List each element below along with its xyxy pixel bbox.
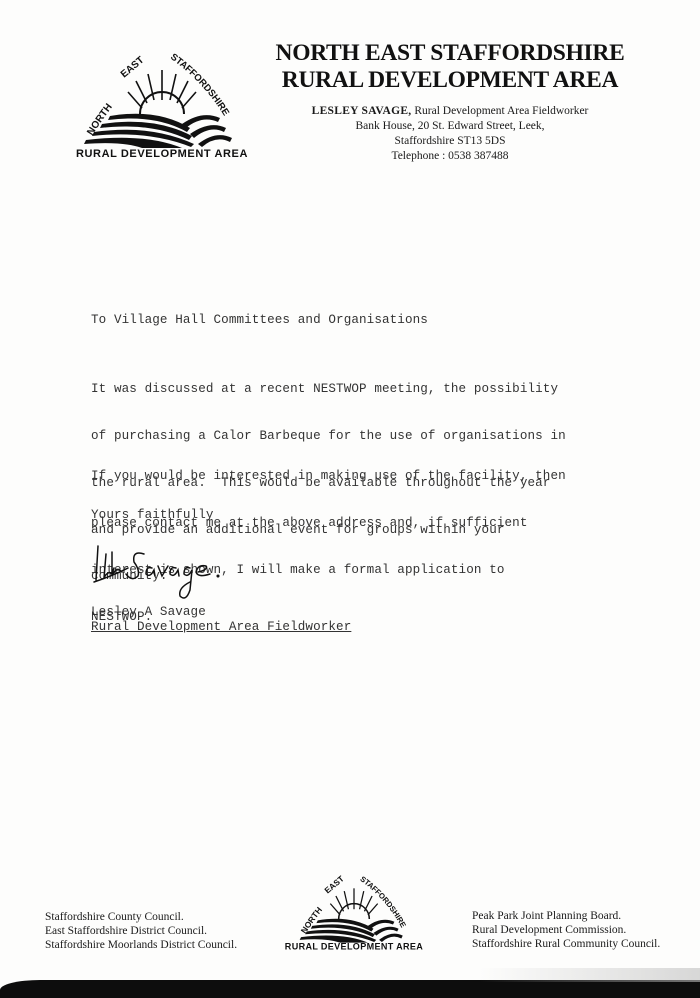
- paragraph-line: If you would be interested in making use…: [91, 469, 566, 485]
- logo-arc-east: EAST: [322, 873, 345, 895]
- address-line-1: Bank House, 20 St. Edward Street, Leek,: [264, 119, 636, 134]
- title-line-2: RURAL DEVELOPMENT AREA: [264, 67, 636, 94]
- contact-role: Rural Development Area Fieldworker: [414, 105, 588, 117]
- footer-sponsors-left: Staffordshire County Council. East Staff…: [45, 910, 237, 952]
- footer-item: East Staffordshire District Council.: [45, 924, 237, 938]
- address-line-2: Staffordshire ST13 5DS: [264, 134, 636, 149]
- handwritten-signature-icon: [92, 540, 252, 605]
- telephone: Telephone : 0538 387488: [264, 149, 636, 164]
- sun-over-hills-logo-icon: NORTH EAST STAFFORDSHIRE RURAL DEVELOPME…: [62, 48, 262, 160]
- svg-text:STAFFORDSHIRE: STAFFORDSHIRE: [168, 52, 231, 118]
- footer-item: Staffordshire Rural Community Council.: [472, 937, 660, 951]
- logo-arc-east: EAST: [119, 55, 147, 81]
- rda-logo: NORTH EAST STAFFORDSHIRE RURAL DEVELOPME…: [62, 48, 262, 160]
- footer-item: Staffordshire County Council.: [45, 910, 237, 924]
- signer-name: Lesley A Savage: [91, 605, 206, 621]
- footer-sponsors-right: Peak Park Joint Planning Board. Rural De…: [472, 909, 660, 951]
- scan-bottom-shadow: [0, 980, 700, 998]
- contact-name: LESLEY SAVAGE,: [312, 105, 412, 117]
- paragraph-line: It was discussed at a recent NESTWOP mee…: [91, 382, 566, 398]
- footer-rda-logo: NORTH EAST STAFFORDSHIRE RURAL DEVELOPME…: [284, 873, 424, 951]
- logo-base-text: RURAL DEVELOPMENT AREA: [76, 148, 248, 160]
- footer-item: Staffordshire Moorlands District Council…: [45, 938, 237, 952]
- logo-arc-staffordshire: STAFFORDSHIRE: [168, 52, 231, 118]
- logo-base-text: RURAL DEVELOPMENT AREA: [285, 942, 423, 951]
- salutation: To Village Hall Committees and Organisat…: [91, 313, 428, 329]
- title-line-1: NORTH EAST STAFFORDSHIRE: [264, 40, 636, 67]
- closing: Yours faithfully: [91, 508, 214, 524]
- footer-item: Peak Park Joint Planning Board.: [472, 909, 660, 923]
- organisation-title: NORTH EAST STAFFORDSHIRE RURAL DEVELOPME…: [264, 40, 636, 94]
- footer-item: Rural Development Commission.: [472, 923, 660, 937]
- signer-title: Rural Development Area Fieldworker: [91, 620, 351, 636]
- contact-block: LESLEY SAVAGE, Rural Development Area Fi…: [264, 104, 636, 164]
- sun-over-hills-logo-icon: NORTH EAST STAFFORDSHIRE RURAL DEVELOPME…: [284, 873, 424, 951]
